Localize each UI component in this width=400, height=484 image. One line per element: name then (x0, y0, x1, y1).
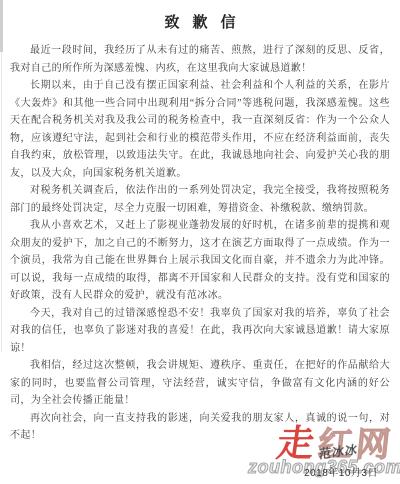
letter-paragraph: 我相信，经过这次整顿，我会讲规矩、遵秩序、重责任，在把好的作品献给大家的同时，也… (10, 357, 390, 410)
letter-paragraph: 今天，我对自己的过错深感惶恐不安！我辜负了国家对我的培养，辜负了社会对我的信任，… (10, 305, 390, 358)
letter-body: 最近一段时间，我经历了从未有过的痛苦、煎熬，进行了深刻的反思、反省，我对自己的所… (10, 42, 390, 445)
scan-edge-artifact-faint (1, 52, 2, 352)
letter-title: 致歉信 (0, 0, 400, 32)
letter-paragraph: 我从小喜欢艺术，又赶上了影视业蓬勃发展的好时机，在诸多前辈的提携和观众朋友的爱护… (10, 217, 390, 305)
letter-paragraph: 长期以来，由于自己没有摆正国家利益、社会利益和个人利益的关系，在影片《大轰炸》和… (10, 77, 390, 182)
letter-paragraph: 对税务机关调查后，依法作出的一系列处罚决定，我完全接受，我将按照税务部门的最终处… (10, 182, 390, 217)
letter-paragraph: 最近一段时间，我经历了从未有过的痛苦、煎熬，进行了深刻的反思、反省，我对自己的所… (10, 42, 390, 77)
apology-letter-page: 致歉信 最近一段时间，我经历了从未有过的痛苦、煎熬，进行了深刻的反思、反省，我对… (0, 0, 400, 484)
scan-edge-artifact (0, 0, 3, 52)
watermark-zou-character: 走 (274, 425, 316, 462)
letter-date: 2018年10月3日 (304, 464, 378, 479)
